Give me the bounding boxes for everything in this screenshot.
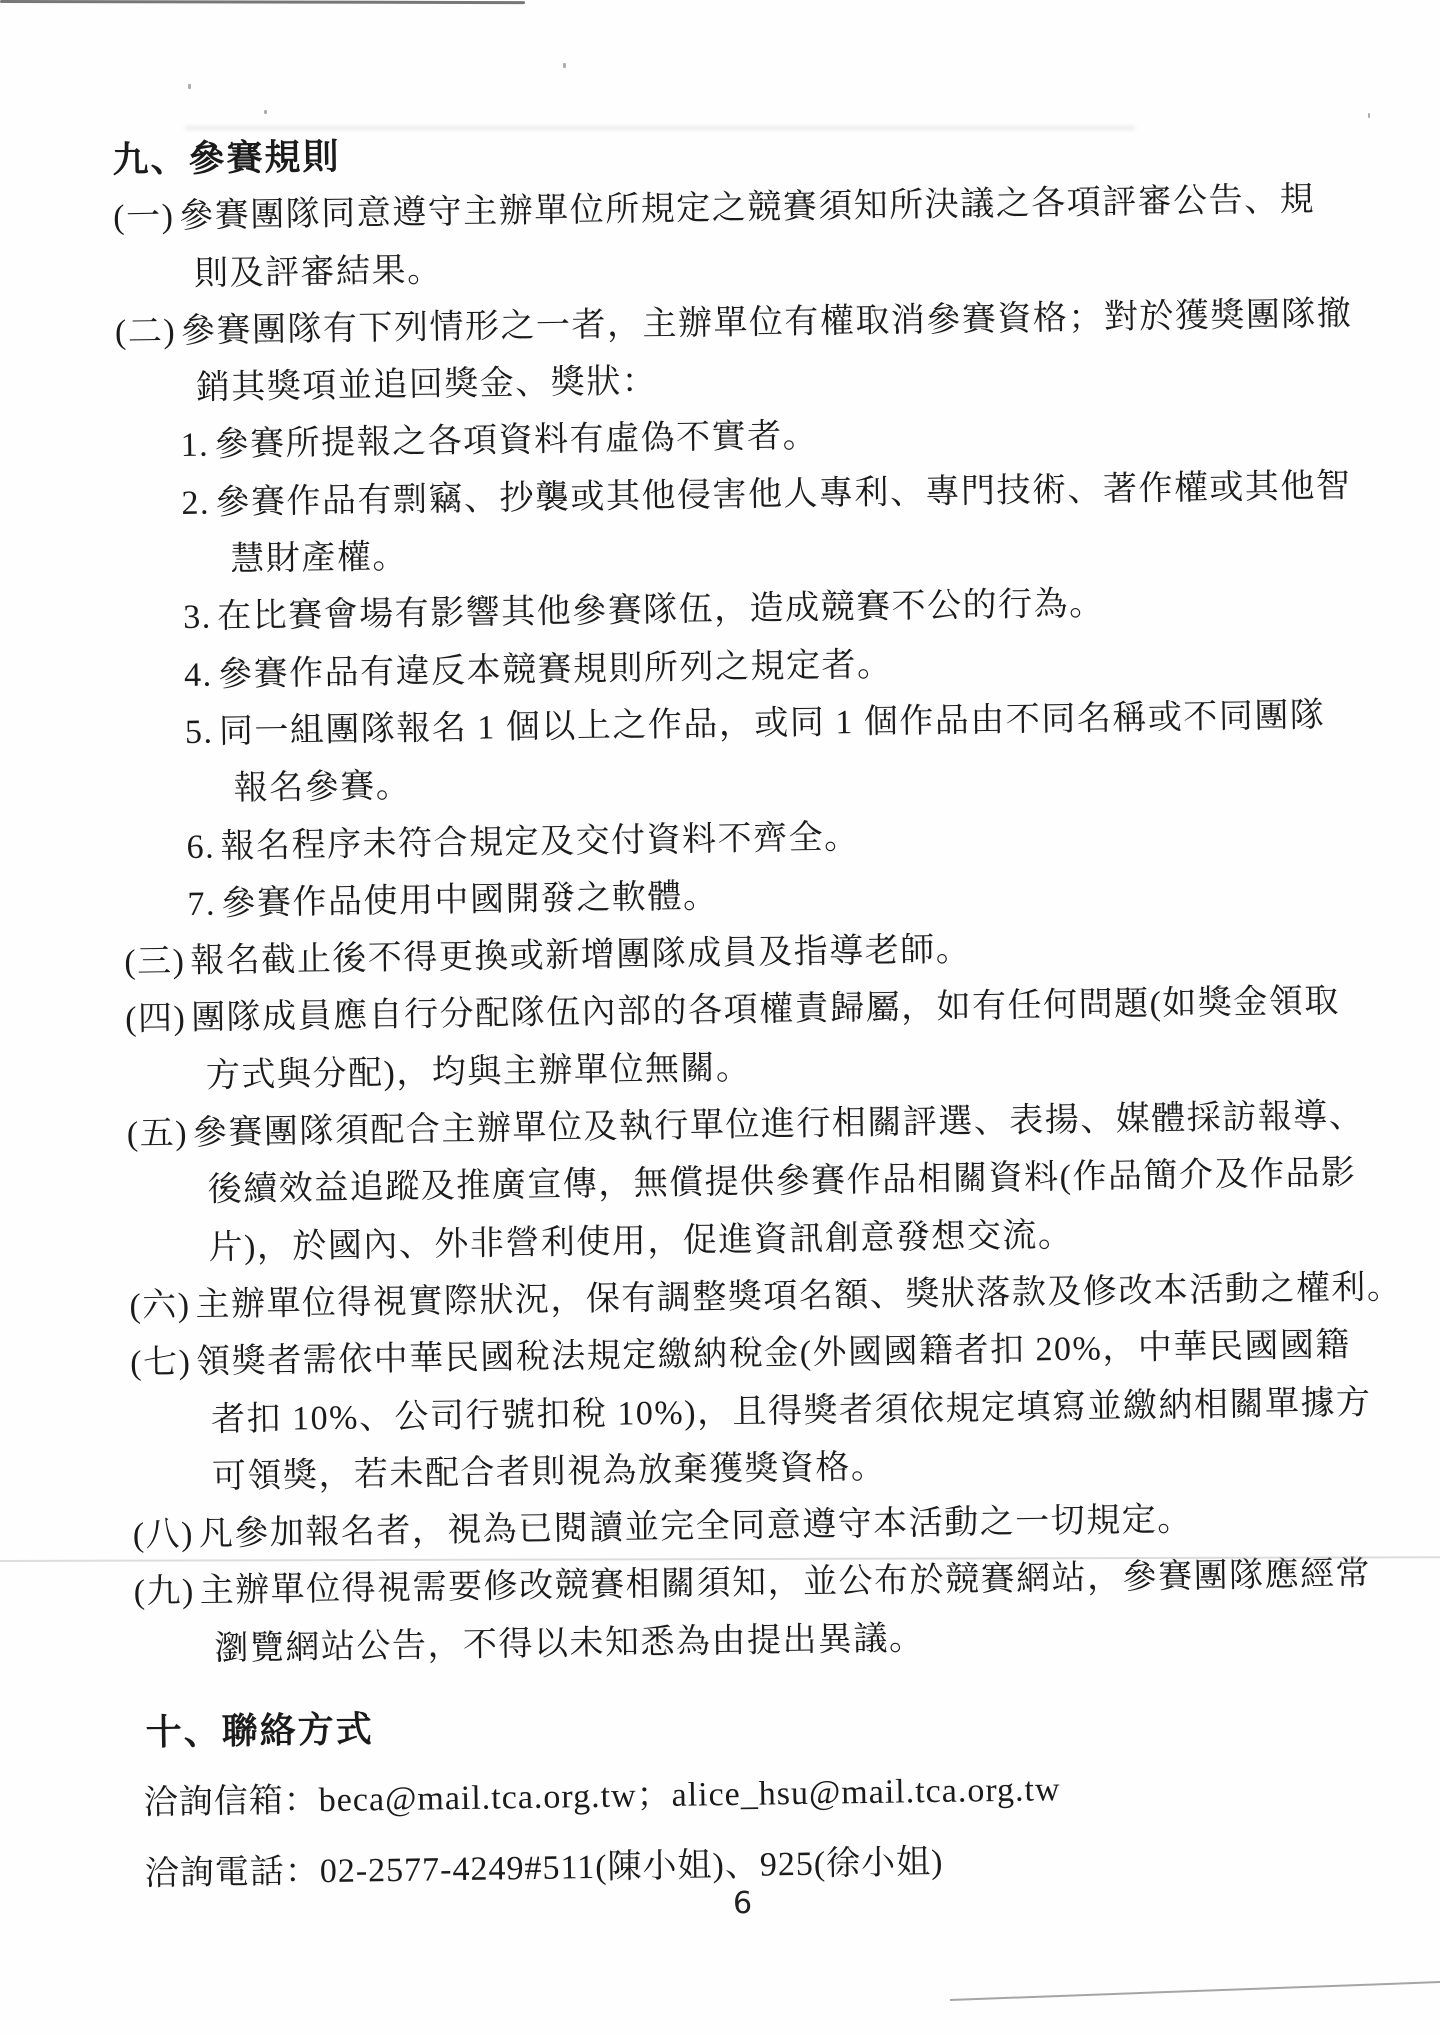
rule-item-2: (二)參賽團隊有下列情形之一者，主辦單位有權取消參賽資格；對於獲獎團隊撤 銷其獎… — [115, 284, 1440, 934]
subitem-line: 在比賽會場有影響其他參賽隊伍，造成競賽不公的行為。 — [217, 586, 1105, 636]
rule-item-5: (五)參賽團隊須配合主辦單位及執行單位進行相關評選、表揚、媒體採訪報導、 後續效… — [126, 1086, 1440, 1278]
contact-heading-number: 十、 — [145, 1704, 222, 1762]
rule-item-7: (七)領獎者需依中華民國稅法規定繳納稅金(外國國籍者扣 20%，中華民國國籍 者… — [130, 1315, 1440, 1507]
email-label: 洽詢信箱： — [144, 1782, 320, 1822]
item-label: (三) — [124, 933, 191, 991]
contact-section: 十、聯絡方式 洽詢信箱：beca@mail.tca.org.tw；alice_h… — [135, 1685, 1440, 1903]
rules-heading-number: 九、 — [112, 131, 189, 189]
item-line: 參賽團隊有下列情形之一者，主辦單位有權取消參賽資格；對於獲獎團隊撤 — [181, 296, 1353, 350]
contact-email-line: 洽詢信箱：beca@mail.tca.org.tw；alice_hsu@mail… — [136, 1755, 1440, 1832]
rule-item-2-sublist: 1.參賽所提報之各項資料有虛偽不實者。 2.參賽作品有剽竊、抄襲或其他侵害他人專… — [116, 399, 1440, 934]
item-label: (七) — [130, 1334, 197, 1392]
email-value: beca@mail.tca.org.tw；alice_hsu@mail.tca.… — [319, 1771, 1061, 1819]
item-line: 團隊成員應自行分配隊伍內部的各項權責歸屬，如有任何問題(如獎金領取 — [191, 983, 1340, 1037]
contact-heading-title: 聯絡方式 — [221, 1709, 374, 1751]
item-label: (五) — [126, 1105, 193, 1163]
contact-phone-line: 洽詢電話：02-2577-4249#511(陳小姐)、925(徐小姐) — [137, 1826, 1440, 1903]
item-line: 主辦單位得視需要修改競賽相關須知，並公布於競賽網站，參賽團隊應經常 — [199, 1556, 1371, 1610]
item-label: (一) — [113, 188, 180, 246]
item-line: 凡參加報名者，視為已閱讀並完全同意遵守本活動之一切規定。 — [199, 1501, 1193, 1553]
item-label: (四) — [125, 990, 192, 1048]
scan-artifact-speck — [264, 110, 267, 114]
scan-artifact-diagonal-line — [950, 1981, 1440, 2001]
subitem-line: 參賽作品使用中國開發之軟體。 — [221, 878, 718, 922]
item-label: (九) — [133, 1563, 200, 1621]
scan-artifact-speck — [563, 63, 566, 68]
subitem-label: 2. — [181, 474, 216, 532]
scan-artifact-top-edge — [0, 0, 525, 4]
item-line: 報名截止後不得更換或新增團隊成員及指導老師。 — [190, 932, 971, 981]
subitem-label: 5. — [184, 703, 219, 761]
subitem-label: 6. — [186, 818, 221, 876]
page-number: 6 — [733, 1886, 752, 1921]
item-label: (六) — [129, 1277, 196, 1335]
rule-item-9: (九)主辦單位得視需要修改競賽相關須知，並公布於競賽網站，參賽團隊應經常 瀏覽網… — [133, 1545, 1440, 1679]
phone-value: 02-2577-4249#511(陳小姐)、925(徐小姐) — [320, 1843, 944, 1889]
subitem-line: 報名程序未符合規定及交付資料不齊全。 — [220, 819, 859, 865]
contact-section-heading: 十、聯絡方式 — [135, 1685, 1440, 1762]
item-line: 參賽團隊同意遵守主辦單位所規定之競賽須知所決議之各項評審公告、規 — [179, 181, 1315, 235]
item-label: (二) — [115, 303, 182, 361]
phone-label: 洽詢電話： — [145, 1853, 321, 1893]
subitem-2: 2.參賽作品有剽竊、抄襲或其他侵害他人專利、專門技術、著作權或其他智 慧財產權。 — [181, 456, 1440, 589]
subitem-label: 4. — [184, 646, 219, 704]
item-line: 領獎者需依中華民國稅法規定繳納稅金(外國國籍者扣 20%，中華民國國籍 — [196, 1327, 1351, 1381]
rule-item-1: (一)參賽團隊同意遵守主辦單位所規定之競賽須知所決議之各項評審公告、規 則及評審… — [113, 170, 1440, 304]
scanned-document-page: 九、參賽規則 (一)參賽團隊同意遵守主辦單位所規定之競賽須知所決議之各項評審公告… — [0, 0, 1440, 2037]
item-line: 主辦單位得視實際狀況，保有調整獎項名額、獎狀落款及修改本活動之權利。 — [195, 1269, 1402, 1324]
item-line: 參賽團隊須配合主辦單位及執行單位進行相關評選、表揚、媒體採訪報導、 — [193, 1098, 1365, 1152]
subitem-5: 5.同一組團隊報名 1 個以上之作品，或同 1 個作品由不同名稱或不同團隊 報名… — [184, 685, 1440, 818]
subitem-line: 參賽作品有違反本競賽規則所列之規定者。 — [218, 646, 893, 693]
subitem-line: 同一組團隊報名 1 個以上之作品，或同 1 個作品由不同名稱或不同團隊 — [219, 697, 1326, 750]
subitem-line: 參賽所提報之各項資料有虛偽不實者。 — [214, 418, 818, 464]
subitem-label: 7. — [187, 875, 222, 933]
subitem-label: 3. — [183, 589, 218, 647]
rule-item-4: (四)團隊成員應自行分配隊伍內部的各項權責歸屬，如有任何問題(如獎金領取 方式與… — [125, 972, 1440, 1106]
rules-heading-title: 參賽規則 — [188, 137, 341, 179]
item-label: (八) — [132, 1506, 199, 1564]
subitem-line: 參賽作品有剽竊、抄襲或其他侵害他人專利、專門技術、著作權或其他智 — [215, 467, 1351, 521]
scan-artifact-speck — [188, 84, 191, 89]
document-text-block: 九、參賽規則 (一)參賽團隊同意遵守主辦單位所規定之競賽須知所決議之各項評審公告… — [112, 112, 1440, 1902]
subitem-label: 1. — [180, 417, 215, 475]
